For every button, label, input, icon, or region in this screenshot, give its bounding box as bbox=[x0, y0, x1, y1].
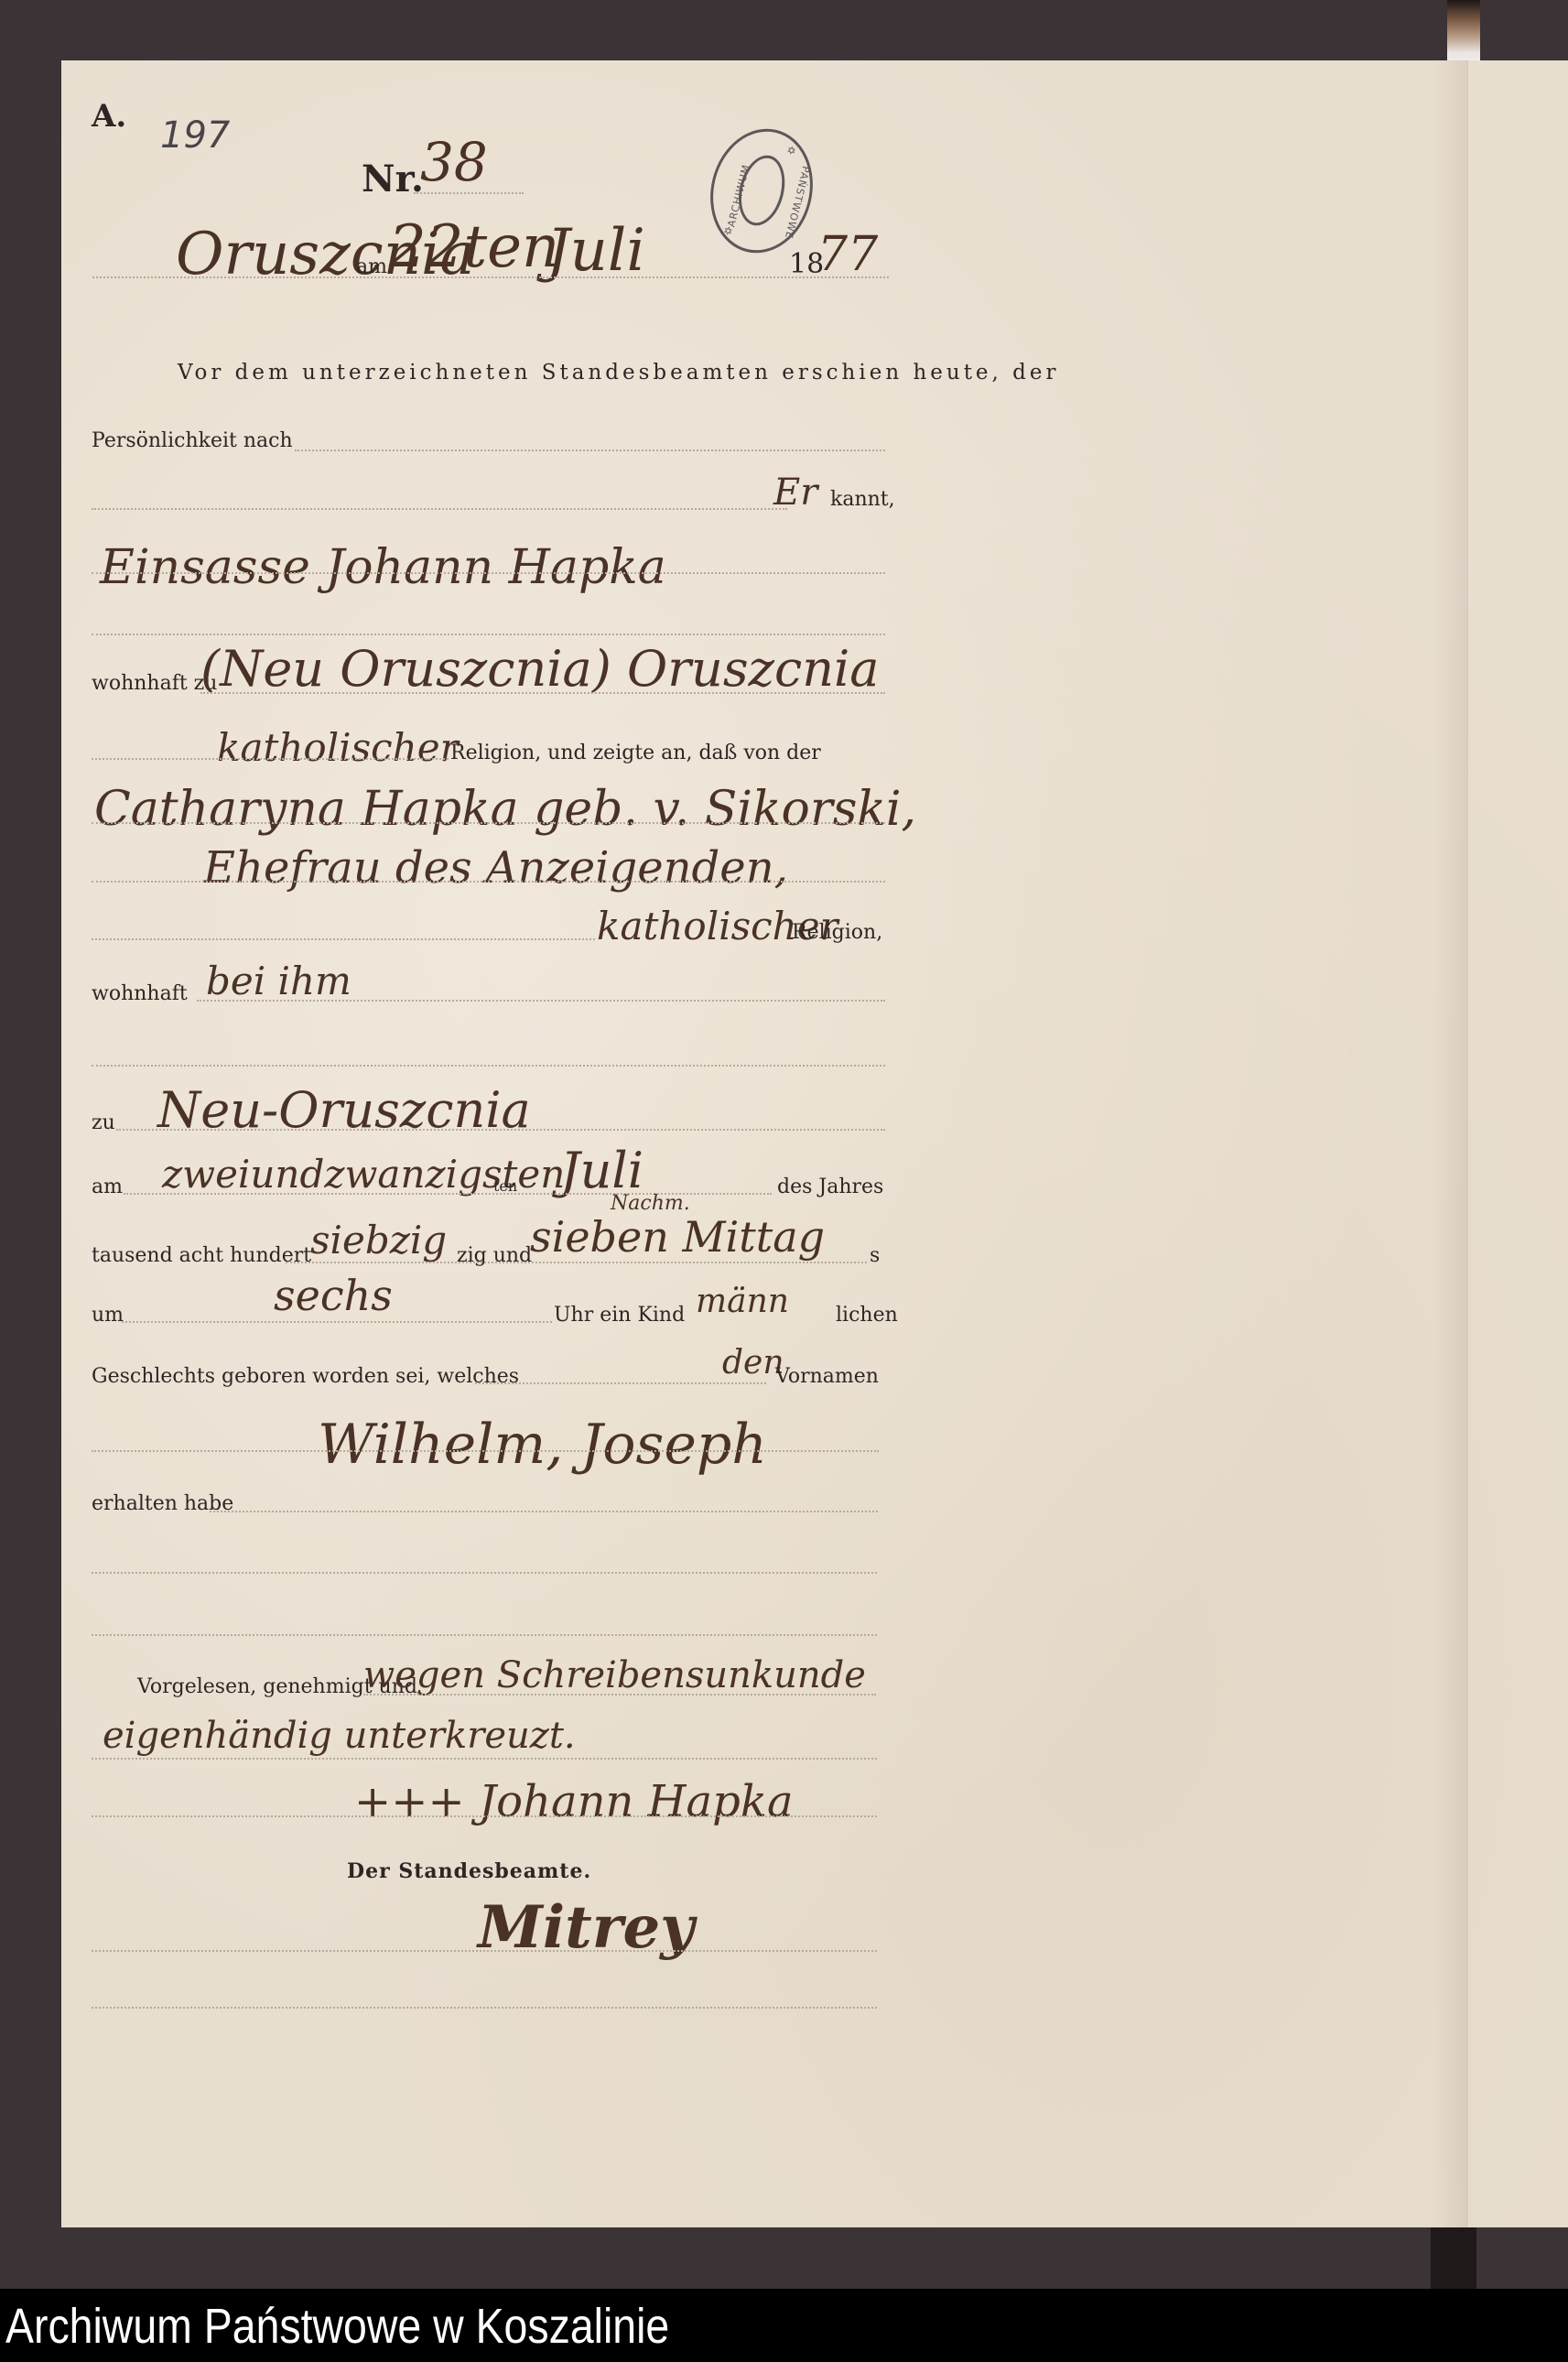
fill-line bbox=[200, 692, 885, 694]
fill-line bbox=[92, 881, 885, 883]
archive-footer: Archiwum Państwowe w Koszalinie bbox=[0, 2289, 1568, 2362]
fill-line bbox=[122, 1321, 552, 1323]
fill-line bbox=[92, 1950, 877, 1952]
page-fold-line bbox=[1467, 60, 1469, 2227]
printed-vornamen: Vornamen bbox=[775, 1367, 879, 1387]
handwritten-birth-place: Neu-Oruszcnia bbox=[157, 1086, 531, 1135]
day-handwritten: 22ten bbox=[389, 218, 559, 276]
handwritten-child-names: Wilhelm, Joseph bbox=[318, 1417, 767, 1472]
date-line bbox=[92, 276, 889, 278]
handwritten-hour: sechs bbox=[274, 1274, 393, 1316]
handwritten-superscript-nachm: Nachm. bbox=[611, 1194, 690, 1214]
archive-stamp: ARCHIWUM PAŃSTWOWE ✡ ✡ bbox=[697, 118, 826, 265]
binding-spine-bottom bbox=[1431, 2227, 1476, 2289]
stamp-star-icon: ✡ bbox=[722, 223, 734, 238]
printed-ten: ten bbox=[493, 1179, 517, 1194]
fill-line bbox=[210, 1511, 878, 1512]
printed-intro-line: Vor dem unterzeichneten Standesbeamten e… bbox=[178, 363, 1060, 384]
handwritten-unterkreuzt: eigenhändig unterkreuzt. bbox=[103, 1717, 576, 1754]
fill-line bbox=[363, 1694, 876, 1696]
handwritten-year-units-time: sieben Mittag bbox=[530, 1216, 825, 1258]
printed-des-jahres: des Jahres bbox=[777, 1177, 883, 1197]
fill-line bbox=[92, 2007, 877, 2009]
fill-line bbox=[197, 1000, 885, 1002]
binding-gap bbox=[1447, 0, 1480, 66]
month-handwritten: Juli bbox=[546, 222, 645, 280]
printed-tausend: tausend acht hundert bbox=[92, 1246, 311, 1266]
fill-line bbox=[92, 1758, 877, 1760]
printed-persoenlichkeit: Persönlichkeit nach bbox=[92, 431, 293, 451]
printed-zu: zu bbox=[92, 1113, 115, 1133]
handwritten-residence: (Neu Oruszcnia) Oruszcnia bbox=[200, 645, 879, 694]
am-label: am bbox=[356, 257, 387, 277]
fill-line bbox=[92, 1450, 879, 1452]
fill-line bbox=[92, 634, 885, 635]
stamp-star-icon: ✡ bbox=[785, 144, 797, 158]
handwritten-birth-month: Juli bbox=[560, 1146, 643, 1196]
printed-um: um bbox=[92, 1306, 124, 1326]
printed-uhr-ein-kind: Uhr ein Kind bbox=[554, 1306, 685, 1326]
handwritten-informant-name: Einsasse Johann Hapka bbox=[100, 544, 666, 591]
stamp-text-panstwowe: PAŃSTWOWE bbox=[783, 165, 812, 240]
document-page: A. 197 Nr. 38 Oruszcnia am 22ten Juli 18… bbox=[61, 60, 1568, 2227]
fill-line bbox=[475, 1382, 766, 1384]
handwritten-mother-relation: Ehefrau des Anzeigenden, bbox=[203, 846, 788, 890]
fill-line bbox=[92, 572, 885, 574]
record-number-line bbox=[414, 192, 524, 194]
fill-line bbox=[92, 1634, 877, 1636]
handwritten-er: Er bbox=[773, 474, 817, 511]
handwritten-registrar-signature: Mitrey bbox=[478, 1899, 694, 1957]
form-letter: A. bbox=[92, 101, 126, 132]
fill-line bbox=[92, 1815, 877, 1817]
printed-wohnhaft: wohnhaft bbox=[92, 984, 188, 1004]
fill-line bbox=[92, 822, 885, 824]
handwritten-sex: männ bbox=[696, 1285, 789, 1318]
printed-der-standesbeamte: Der Standesbeamte. bbox=[347, 1861, 591, 1881]
fill-line bbox=[92, 758, 449, 760]
printed-wohnhaft-zu: wohnhaft zu bbox=[92, 674, 217, 694]
handwritten-year-tens: siebzig bbox=[310, 1221, 447, 1260]
fill-line bbox=[116, 1129, 885, 1131]
printed-s: s bbox=[870, 1246, 880, 1266]
fill-line bbox=[92, 1065, 885, 1067]
printed-geschlechts: Geschlechts geboren worden sei, welches bbox=[92, 1367, 519, 1387]
printed-religion: Religion, bbox=[792, 923, 882, 943]
archive-institution-name: Archiwum Państwowe w Koszalinie bbox=[5, 2298, 669, 2355]
printed-am: am bbox=[92, 1177, 123, 1197]
handwritten-mother-residence: bei ihm bbox=[206, 962, 351, 1001]
fill-line bbox=[92, 508, 787, 510]
fill-line bbox=[92, 938, 595, 940]
handwritten-reason: wegen Schreibensunkunde bbox=[363, 1657, 866, 1694]
printed-religion-line: Religion, und zeigte an, daß von der bbox=[450, 743, 821, 764]
fill-line bbox=[92, 1572, 877, 1574]
fill-line bbox=[286, 1262, 867, 1263]
fill-line bbox=[295, 450, 885, 451]
handwritten-mother-name: Catharyna Hapka geb. v. Sikorski, bbox=[94, 786, 916, 833]
year-suffix-handwritten: 77 bbox=[817, 231, 878, 278]
fold-shadow bbox=[1434, 60, 1467, 2227]
printed-lichen: lichen bbox=[836, 1306, 898, 1326]
record-number: 38 bbox=[420, 135, 488, 189]
archive-number: 197 bbox=[160, 117, 230, 154]
printed-kannt: kannt, bbox=[830, 490, 895, 510]
handwritten-religion: katholischer bbox=[217, 729, 459, 767]
